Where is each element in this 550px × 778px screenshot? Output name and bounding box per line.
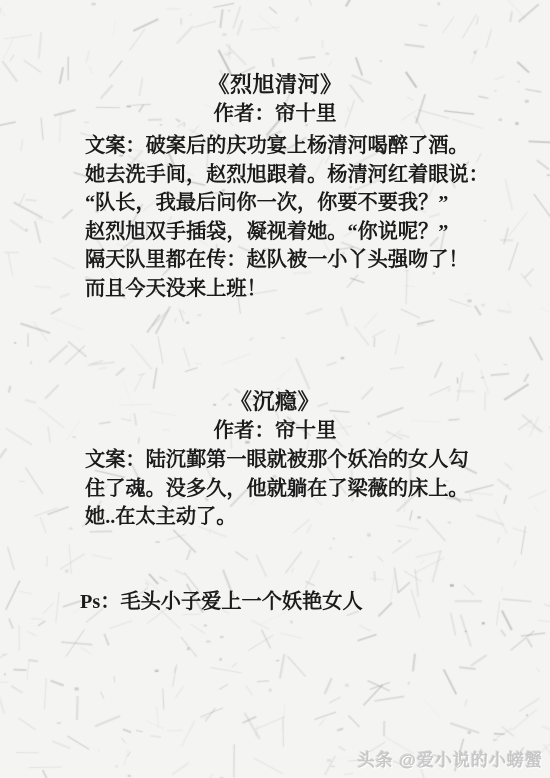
toutiao-watermark: 头条 @爱小说的小螃蟹 [358, 746, 543, 771]
book-author: 作者：帘十里 [0, 100, 550, 129]
book-title: 《烈旭清河》 [0, 70, 550, 100]
book-author: 作者：帘十里 [0, 417, 550, 446]
synopsis-line: 她..在太主动了。 [85, 503, 550, 532]
ps-note: Ps：毛头小子爱上一个妖艳女人 [80, 588, 363, 617]
card-content: 《烈旭清河》 作者：帘十里 文案：破案后的庆功宴上杨清河喝醉了酒。 她去洗手间，… [0, 0, 550, 778]
novel-promo-card: 《烈旭清河》 作者：帘十里 文案：破案后的庆功宴上杨清河喝醉了酒。 她去洗手间，… [0, 0, 550, 778]
synopsis-line: “队长，我最后问你一次，你要不要我？” [85, 189, 550, 218]
book-section-chen-yin: 《沉瘾》 作者：帘十里 文案：陆沉鄞第一眼就被那个妖冶的女人勾 住了魂。没多久，… [0, 387, 550, 532]
synopsis-line: 隔天队里都在传：赵队被一小丫头强吻了！ [85, 246, 550, 275]
synopsis-line: 文案：陆沉鄞第一眼就被那个妖冶的女人勾 [85, 446, 550, 475]
book-synopsis: 文案：破案后的庆功宴上杨清河喝醉了酒。 她去洗手间，赵烈旭跟着。杨清河红着眼说：… [85, 132, 550, 304]
book-section-lie-xu-qing-he: 《烈旭清河》 作者：帘十里 文案：破案后的庆功宴上杨清河喝醉了酒。 她去洗手间，… [0, 70, 550, 304]
synopsis-line: 住了魂。没多久，他就躺在了梁薇的床上。 [85, 475, 550, 504]
book-synopsis: 文案：陆沉鄞第一眼就被那个妖冶的女人勾 住了魂。没多久，他就躺在了梁薇的床上。 … [85, 446, 550, 532]
synopsis-line: 她去洗手间，赵烈旭跟着。杨清河红着眼说： [85, 161, 550, 190]
synopsis-line: 而且今天没来上班！ [85, 275, 550, 304]
synopsis-line: 赵烈旭双手插袋，凝视着她。“你说呢？” [85, 218, 550, 247]
book-title: 《沉瘾》 [0, 387, 550, 417]
synopsis-line: 文案：破案后的庆功宴上杨清河喝醉了酒。 [85, 132, 550, 161]
